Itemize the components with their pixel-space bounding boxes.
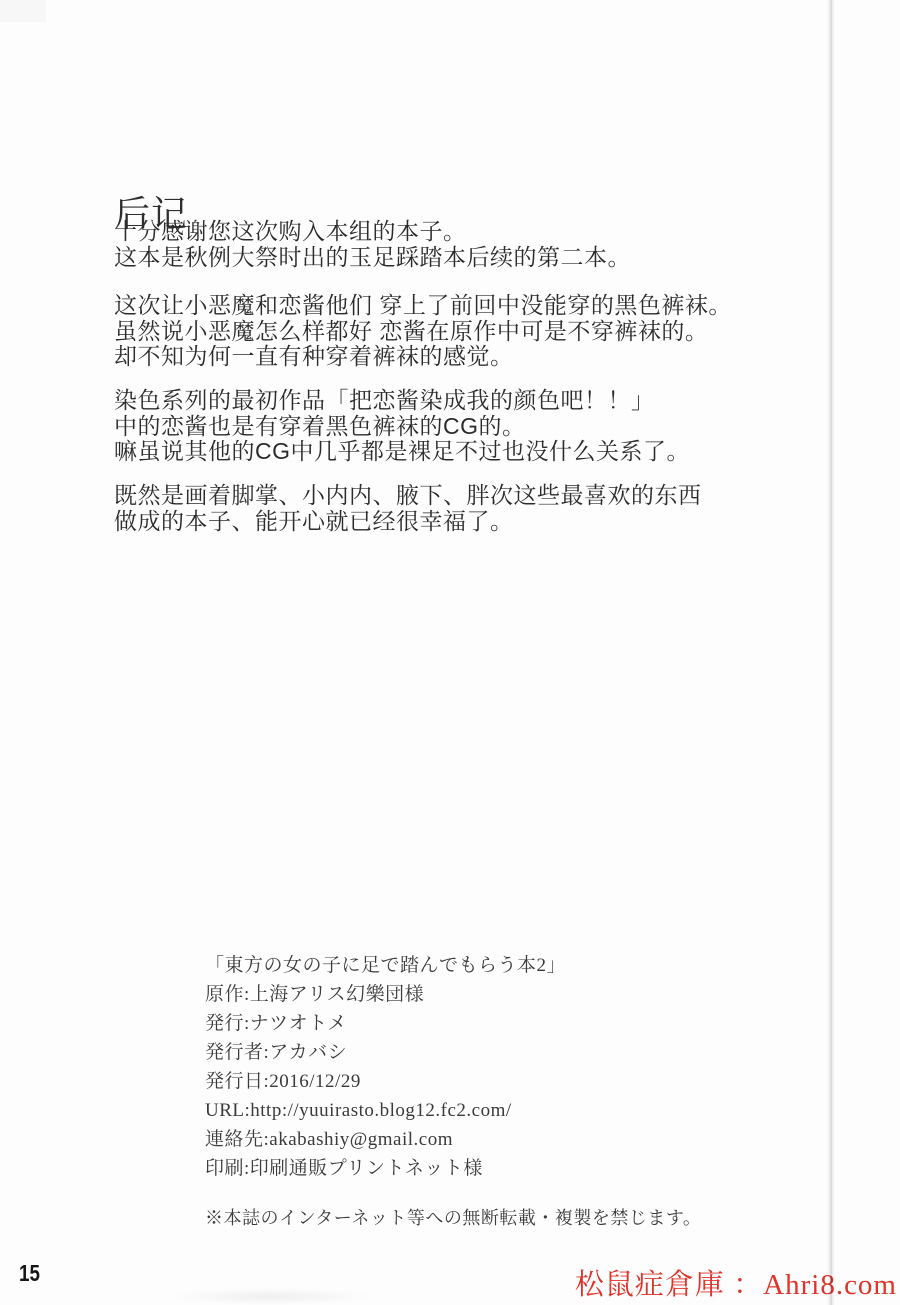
- colophon-publisher: 発行:ナツオトメ: [205, 1009, 566, 1038]
- paragraph-closing: 既然是画着脚掌、小内内、腋下、胖次这些最喜欢的东西 做成的本子、能开心就已经很幸…: [114, 483, 702, 534]
- colophon-original-work: 原作:上海アリス幻樂団様: [205, 980, 566, 1009]
- page-number: 15: [19, 1260, 40, 1287]
- body-line: 中的恋酱也是有穿着黑色裤袜的CG的。: [114, 414, 690, 440]
- paragraph-thanks: 十分感谢您这次购入本组的本子。 这本是秋例大祭时出的玉足踩踏本后续的第二本。: [114, 219, 631, 270]
- paragraph-tights: 这次让小恶魔和恋酱他们 穿上了前回中没能穿的黑色裤袜。 虽然说小恶魔怎么样都好 …: [114, 293, 732, 370]
- scan-crease-line: [827, 0, 835, 1305]
- body-line: 十分感谢您这次购入本组的本子。: [114, 219, 631, 245]
- scan-artifact-top-left: [0, 0, 46, 22]
- body-line: 染色系列的最初作品「把恋酱染成我的颜色吧！！」: [114, 388, 690, 414]
- body-line: 这本是秋例大祭时出的玉足踩踏本后续的第二本。: [114, 245, 631, 271]
- body-line: 嘛虽说其他的CG中几乎都是裸足不过也没什么关系了。: [114, 439, 690, 465]
- colophon-book-title: 「東方の女の子に足で踏んでもらう本2」: [205, 951, 566, 980]
- scanned-afterword-page: 后记 十分感谢您这次购入本组的本子。 这本是秋例大祭时出的玉足踩踏本后续的第二本…: [0, 0, 900, 1305]
- paragraph-series: 染色系列的最初作品「把恋酱染成我的颜色吧！！」 中的恋酱也是有穿着黑色裤袜的CG…: [114, 388, 690, 465]
- body-line: 既然是画着脚掌、小内内、腋下、胖次这些最喜欢的东西: [114, 483, 702, 509]
- colophon-block: 「東方の女の子に足で踏んでもらう本2」 原作:上海アリス幻樂団様 発行:ナツオト…: [205, 951, 566, 1183]
- scan-smudge-bottom: [165, 1288, 375, 1305]
- colophon-printer: 印刷:印刷通販プリントネット様: [205, 1154, 566, 1183]
- colophon-publish-date: 発行日:2016/12/29: [205, 1067, 566, 1096]
- body-line: 做成的本子、能开心就已经很幸福了。: [114, 509, 702, 535]
- colophon-contact-email: 連絡先:akabashiy@gmail.com: [205, 1125, 566, 1154]
- body-line: 这次让小恶魔和恋酱他们 穿上了前回中没能穿的黑色裤袜。: [114, 293, 732, 319]
- watermark-text: 松鼠症倉庫 ：Ahri8.com: [575, 1262, 897, 1303]
- body-line: 却不知为何一直有种穿着裤袜的感觉。: [114, 344, 732, 370]
- colophon-author: 発行者:アカバシ: [205, 1038, 566, 1067]
- reproduction-disclaimer: ※本誌のインターネット等への無断転載・複製を禁じます。: [205, 1204, 701, 1230]
- colophon-url: URL:http://yuuirasto.blog12.fc2.com/: [205, 1096, 566, 1125]
- body-line: 虽然说小恶魔怎么样都好 恋酱在原作中可是不穿裤袜的。: [114, 319, 732, 345]
